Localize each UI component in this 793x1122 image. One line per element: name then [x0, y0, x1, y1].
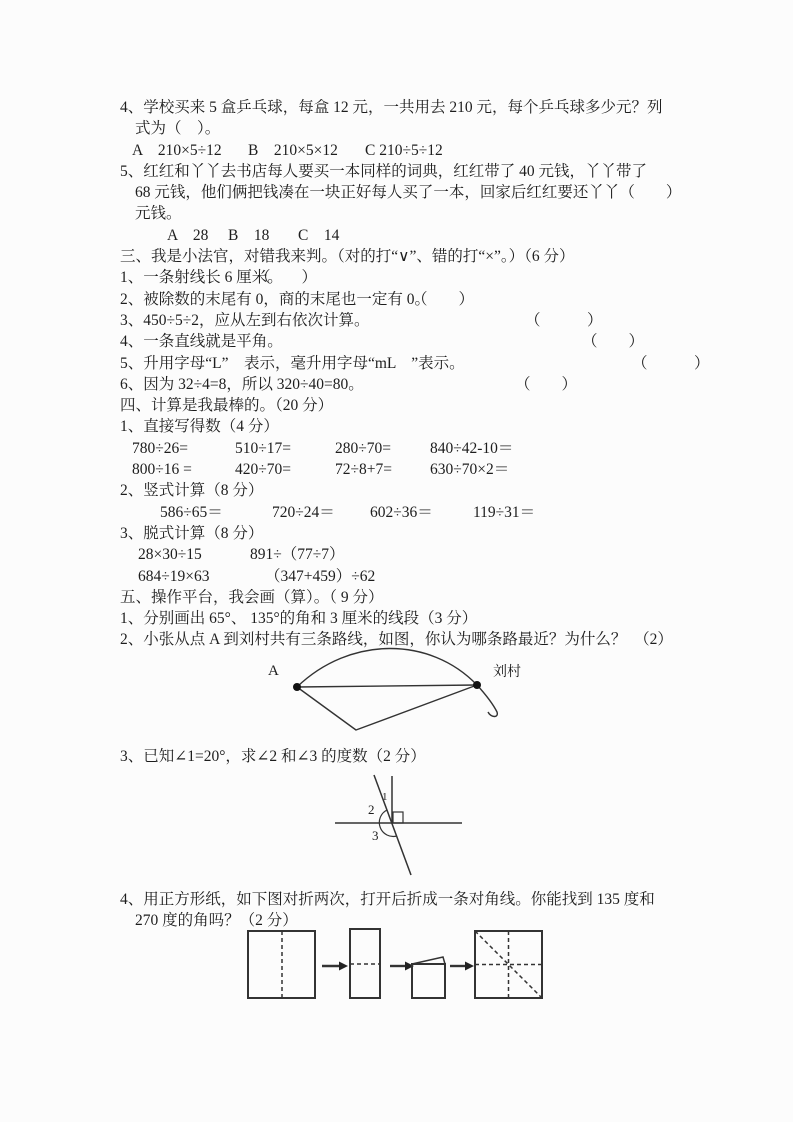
calc-item: 420÷70= [235, 459, 335, 480]
section5-q4-line1: 4、用正方形纸，如下图对折两次，打开后折成一条对角线。你能找到 135 度和 [120, 889, 706, 910]
fold-diagram-svg [245, 926, 550, 1004]
arrow-1-head [339, 961, 348, 970]
calc-item: 28×30÷15 [138, 544, 250, 565]
judge-bracket-2: （ ） [412, 289, 474, 310]
section5-header: 五、操作平台，我会画（算）。（ 9 分） [120, 587, 706, 608]
section3-header: 三、我是小法官，对错我来判。（对的打“∨”、错的打“×”。）（6 分） [120, 246, 706, 267]
right-angle-mark [393, 812, 403, 823]
route-straight-line [297, 685, 477, 687]
fold-step3-flap [412, 957, 445, 964]
section4-sub1-title: 1、直接写得数（4 分） [120, 416, 706, 437]
q5-line1: 5、红红和丫丫去书店每人要买一本同样的词典，红红带了 40 元钱，丫丫带了 [120, 161, 706, 182]
q4-line1: 4、学校买来 5 盒乒乓球，每盒 12 元，一共用去 210 元，每个乒乓球多少… [120, 97, 706, 118]
section5-q1: 1、分别画出 65°、 135°的角和 3 厘米的线段（3 分） [120, 608, 706, 629]
judge-bracket-3: （ ） [525, 310, 603, 331]
q5-options-row: A 28 B 18 C 14 [120, 225, 706, 246]
exam-content: 4、学校买来 5 盒乒乓球，每盒 12 元，一共用去 210 元，每个乒乓球多少… [120, 97, 706, 1004]
q4-option-c: C 210÷5÷12 [365, 140, 706, 161]
point-a-label: A [268, 663, 279, 679]
judge-text-6: 6、因为 32÷4=8，所以 320÷40=80。 [120, 376, 364, 393]
fold-step3-square [412, 964, 445, 998]
judge-item-3: 3、450÷5÷2，应从左到右依次计算。 （ ） [120, 310, 706, 331]
angle-1-label: 1 [382, 791, 388, 803]
calc-item: 780÷26= [132, 438, 235, 459]
section4-sub2-title: 2、竖式计算（8 分） [120, 480, 706, 501]
calc-item: 840÷42-10＝ [430, 438, 706, 459]
calc-item: （347+459）÷62 [265, 566, 706, 587]
angle-diagram: 1 2 3 [120, 764, 706, 889]
judge-item-5: 5、升用字母“L” 表示，毫升用字母“mL ”表示。 （ ） [120, 353, 706, 374]
q4-option-a: A 210×5÷12 [132, 140, 248, 161]
judge-text-2: 2、被除数的末尾有 0，商的末尾也一定有 0。 [120, 291, 430, 308]
q5-line3: 元钱。 [120, 203, 706, 224]
exam-paper-page: 4、学校买来 5 盒乒乓球，每盒 12 元，一共用去 210 元，每个乒乓球多少… [0, 0, 793, 1122]
calc-item: 630÷70×2＝ [430, 459, 706, 480]
step-calc-row-2: 684÷19×63 （347+459）÷62 [120, 566, 706, 587]
judge-text-3: 3、450÷5÷2，应从左到右依次计算。 [120, 312, 370, 329]
q5-line2: 68 元钱，他们俩把钱凑在一块正好每人买了一本，回家后红红要还丫丫（ ） [120, 182, 706, 203]
calc-item: 586÷65＝ [160, 502, 272, 523]
direct-calc-row-1: 780÷26= 510÷17= 280÷70= 840÷42-10＝ [120, 438, 706, 459]
step-calc-row-1: 28×30÷15 891÷（77÷7） [120, 544, 706, 565]
direct-calc-row-2: 800÷16 = 420÷70= 72÷8+7= 630÷70×2＝ [120, 459, 706, 480]
calc-item: 280÷70= [335, 438, 430, 459]
village-dot [473, 681, 481, 689]
calc-item: 720÷24＝ [272, 502, 370, 523]
judge-bracket-6: （ ） [515, 374, 577, 395]
judge-bracket-1: （ ） [255, 267, 317, 288]
judge-bracket-4: （ ） [582, 331, 644, 352]
route-upper-curve [297, 648, 497, 716]
fold-diagram [120, 926, 706, 1004]
route-diagram: A 刘村 [120, 646, 706, 746]
calc-item: 800÷16 = [132, 459, 235, 480]
judge-text-4: 4、一条直线就是平角。 [120, 333, 283, 350]
q5-option-b: B 18 [228, 225, 298, 246]
q4-line2: 式为（ ）。 [120, 118, 706, 139]
calc-item: 72÷8+7= [335, 459, 430, 480]
angle-2-label: 2 [368, 802, 375, 817]
calc-item: 119÷31＝ [473, 502, 706, 523]
point-a-dot [293, 683, 301, 691]
calc-item: 510÷17= [235, 438, 335, 459]
judge-item-6: 6、因为 32÷4=8，所以 320÷40=80。 （ ） [120, 374, 706, 395]
judge-item-1: 1、一条射线长 6 厘米。 （ ） [120, 267, 706, 288]
calc-item: 602÷36＝ [370, 502, 473, 523]
angle-diagram-svg: 1 2 3 [330, 764, 475, 889]
judge-item-4: 4、一条直线就是平角。 （ ） [120, 331, 706, 352]
route-diagram-svg: A 刘村 [260, 646, 560, 746]
section4-sub3-title: 3、脱式计算（8 分） [120, 523, 706, 544]
calc-item: 684÷19×63 [138, 566, 265, 587]
section4-header: 四、计算是我最棒的。（20 分） [120, 395, 706, 416]
q4-option-b: B 210×5×12 [248, 140, 365, 161]
calc-item: 891÷（77÷7） [250, 544, 706, 565]
village-label: 刘村 [493, 663, 521, 680]
angle-3-label: 3 [372, 828, 379, 843]
vertical-calc-row: 586÷65＝ 720÷24＝ 602÷36＝ 119÷31＝ [120, 502, 706, 523]
judge-item-2: 2、被除数的末尾有 0，商的末尾也一定有 0。 （ ） [120, 289, 706, 310]
section5-q2: 2、小张从点 A 到刘村共有三条路线，如图，你认为哪条路最近？为什么？ （2） [120, 629, 706, 650]
q4-options-row: A 210×5÷12 B 210×5×12 C 210÷5÷12 [120, 140, 706, 161]
judge-bracket-5: （ ） [632, 353, 710, 374]
q5-option-c: C 14 [298, 225, 706, 246]
route-lower-path [297, 685, 477, 730]
arrow-3-head [465, 961, 474, 970]
judge-text-5: 5、升用字母“L” 表示，毫升用字母“mL ”表示。 [120, 355, 465, 372]
q5-option-a: A 28 [167, 225, 228, 246]
